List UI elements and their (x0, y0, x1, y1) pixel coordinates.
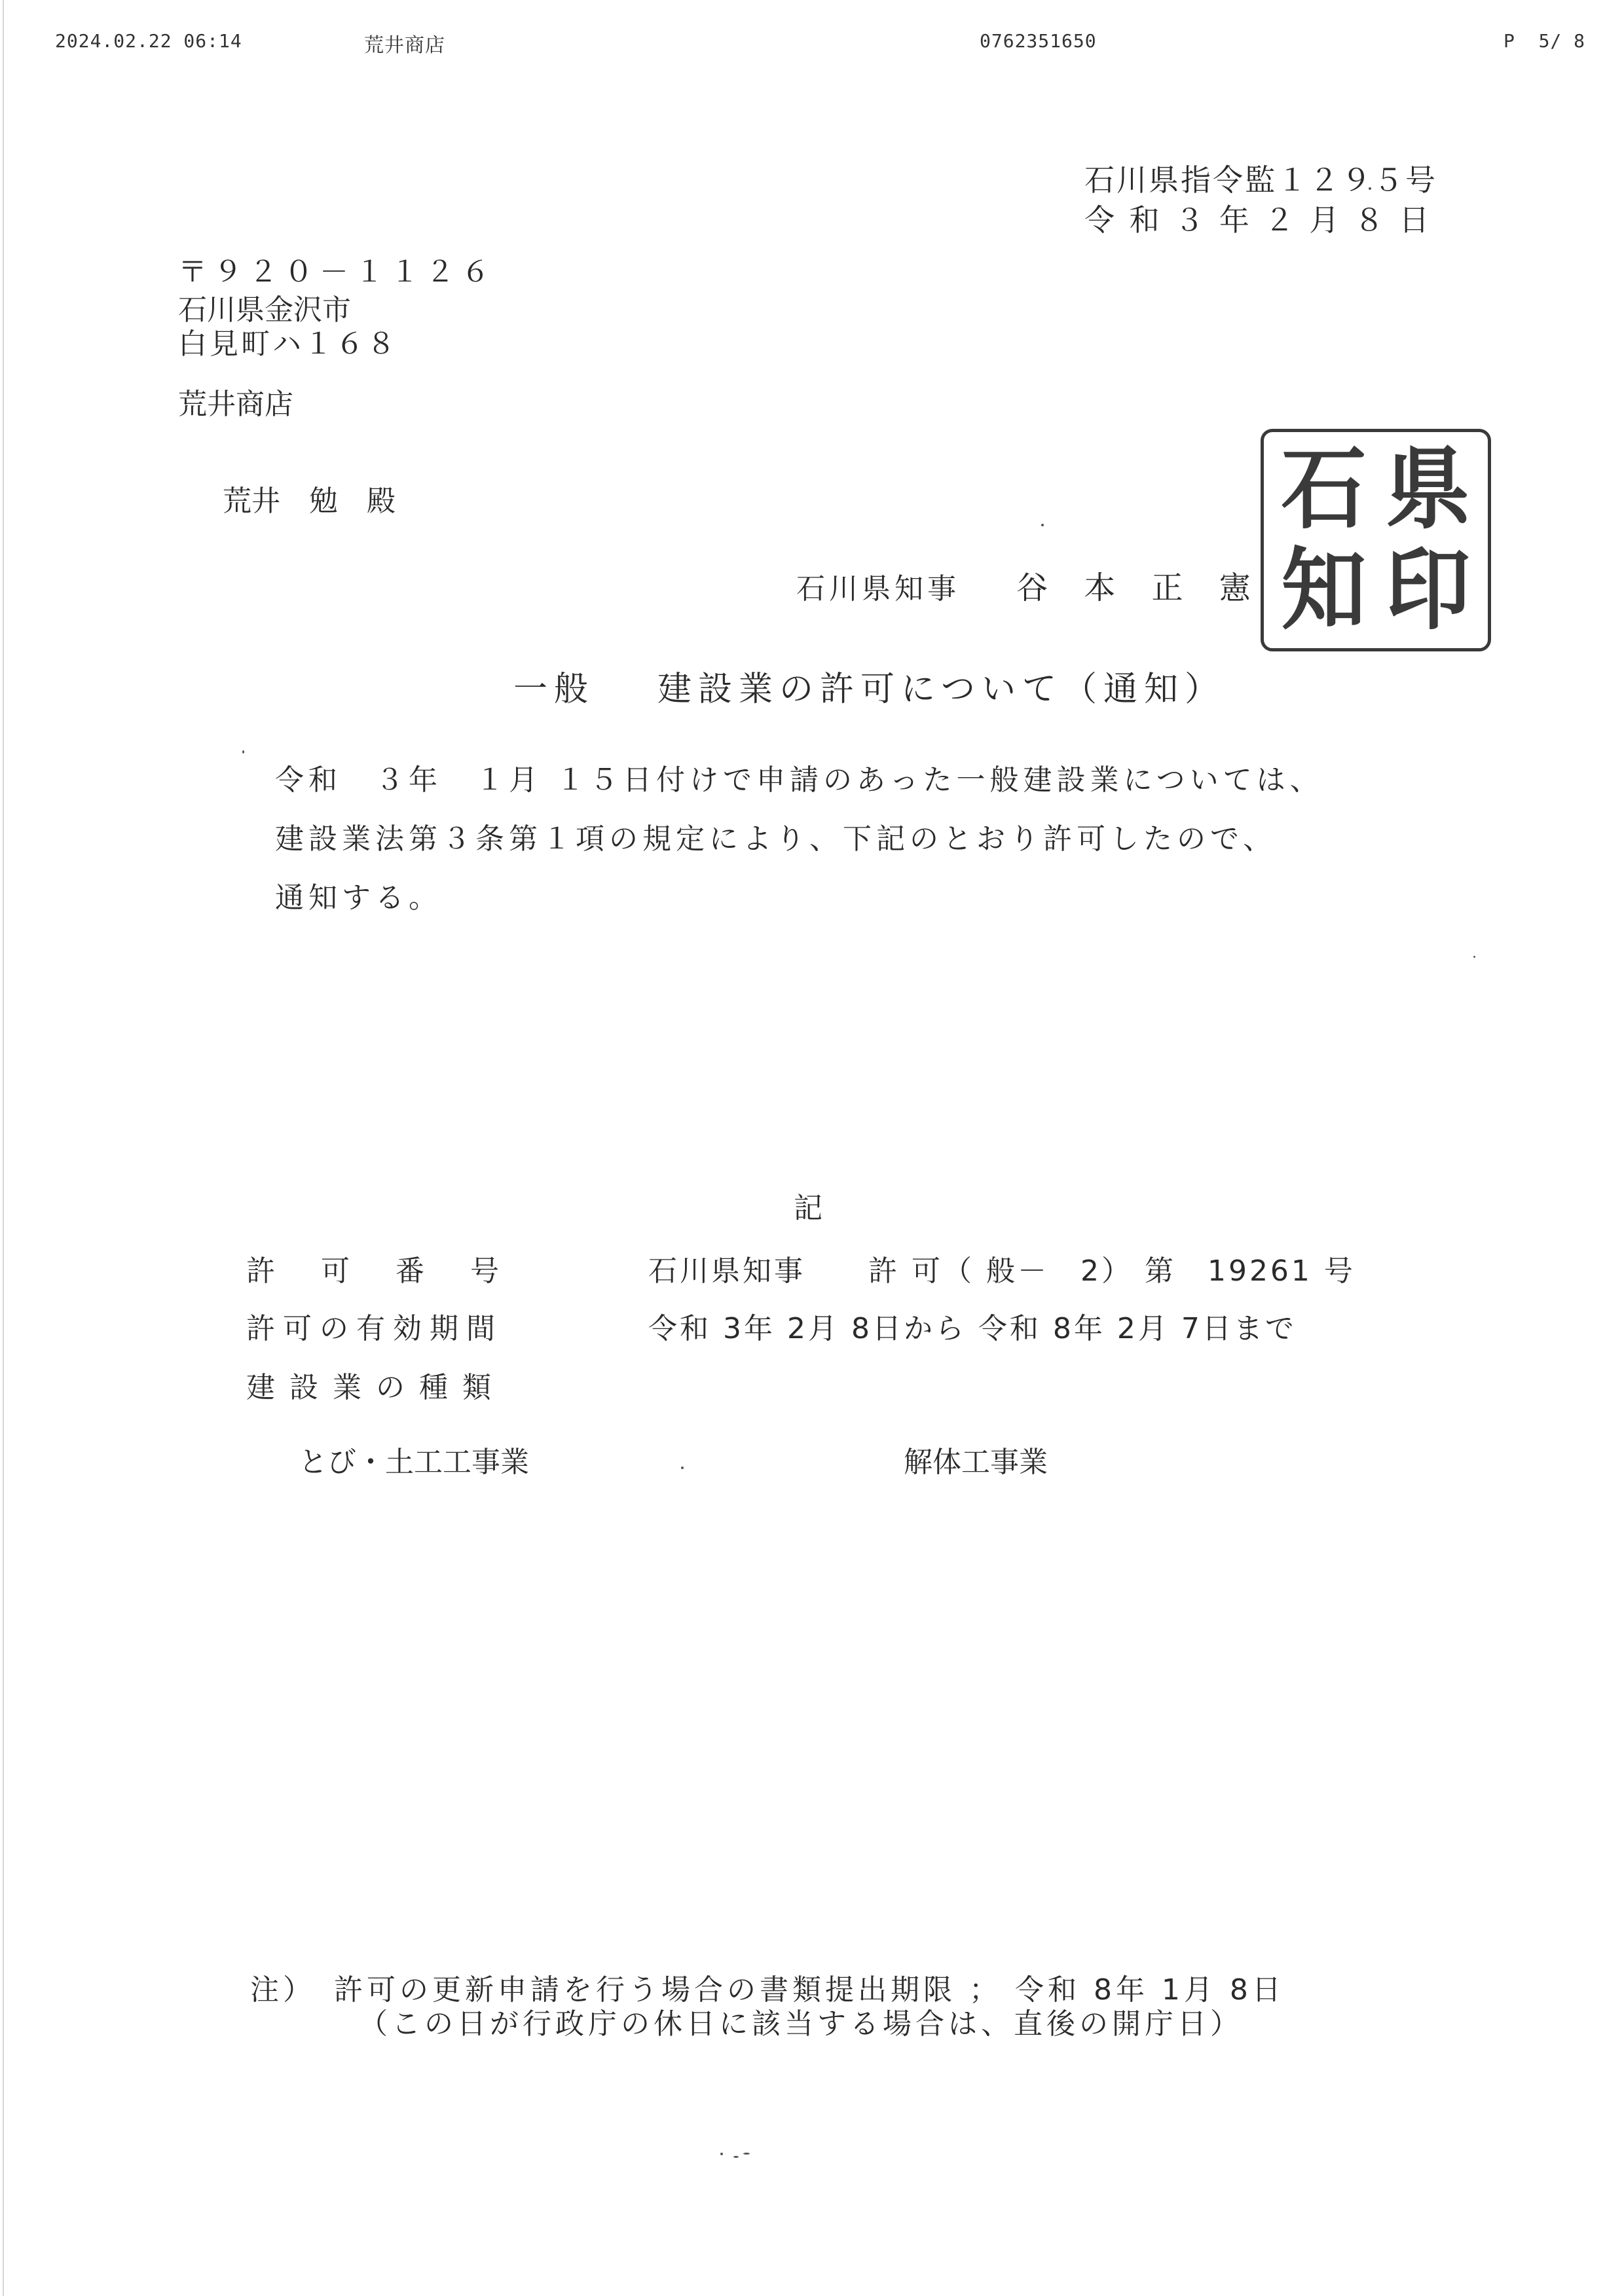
seal-char: 石 (1272, 436, 1376, 542)
body-line-2: 建設業法第３条第１項の規定により、下記のとおり許可したので、 (275, 815, 1276, 857)
scan-speck (733, 2156, 739, 2158)
fax-sender: 荒井商店 (364, 29, 445, 58)
scan-speck (1041, 524, 1044, 526)
permit-number-label: 許 可 番 号 (246, 1253, 517, 1290)
subject-prefix: 一般 (513, 661, 595, 710)
scan-speck (1369, 187, 1371, 190)
scan-edge-line (3, 0, 4, 2296)
business-type-2: 解体工事業 (904, 1444, 1048, 1481)
body-line-3: 通知する。 (275, 874, 442, 916)
issuer-name: 谷 本 正 憲 (1016, 568, 1264, 608)
permit-number-value: 石川県知事 許 可（ 般－ 2） 第 19261 号 (648, 1253, 1356, 1290)
body-line-1: 令和 ３年 １月 １５日付けで申請のあった一般建設業については、 (275, 756, 1323, 798)
record-heading: 記 (794, 1190, 822, 1227)
validity-period-label: 許可の有効期間 (246, 1311, 503, 1347)
seal-char: 県 (1376, 436, 1480, 542)
fax-page-indicator: P 5/ 8 (1504, 30, 1585, 52)
address-line-2: 白見町ハ１６８ (178, 326, 398, 363)
renewal-note-line-1: 注） 許可の更新申請を行う場合の書類提出期限 ； 令和 8年 1月 8日 (250, 1972, 1285, 2009)
business-type-label: 建設業の種類 (246, 1370, 506, 1406)
scan-speck (720, 2153, 723, 2155)
validity-period-value: 令和 3年 2月 8日から 令和 8年 2月 7日まで (648, 1311, 1297, 1347)
recipient-company: 荒井商店 (178, 386, 293, 423)
issuer-title: 石川県知事 (796, 571, 960, 608)
renewal-note-line-2: （この日が行政庁の休日に該当する場合は、直後の開庁日） (359, 2006, 1243, 2043)
seal-char: 知 (1272, 537, 1376, 643)
recipient-name: 荒井 勉 殿 (223, 483, 396, 520)
seal-char: 印 (1376, 537, 1480, 643)
business-type-1: とび・土工工事業 (299, 1444, 529, 1481)
subject-title: 建設業の許可について（通知） (657, 661, 1225, 710)
document-number: 石川県指令監１２９５号 (1084, 162, 1437, 198)
scan-speck (743, 2153, 750, 2155)
official-seal-stamp: 石 県 知 印 (1261, 429, 1491, 651)
scan-speck (681, 1467, 684, 1469)
fax-number: 0762351650 (980, 30, 1097, 52)
scan-speck (1473, 956, 1475, 958)
postal-code: 〒９２０－１１２６ (178, 254, 496, 291)
fax-datetime: 2024.02.22 06:14 (55, 30, 242, 52)
document-date: 令 和 ３ 年 ２ 月 ８ 日 (1084, 202, 1431, 238)
scan-speck (242, 750, 244, 754)
address-line-1: 石川県金沢市 (178, 292, 351, 329)
